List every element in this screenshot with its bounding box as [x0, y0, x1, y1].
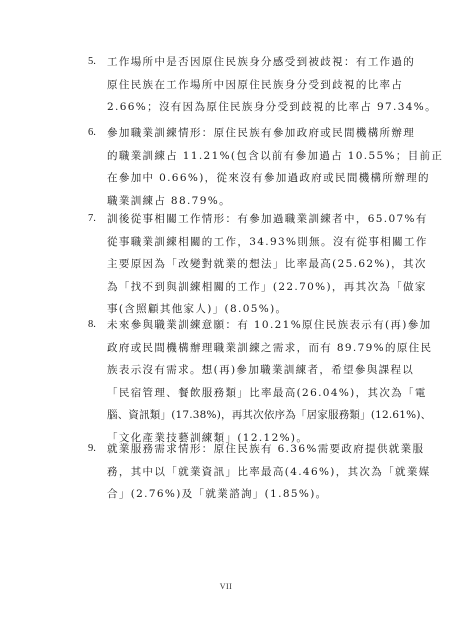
text-line: 從事職業訓練相關的工作，34.93%則無。沒有從事相關工作	[107, 231, 387, 254]
text-line: 原住民族在工作場所中因原住民族身分受到歧視的比率占	[107, 74, 387, 97]
item-body: 未來參與職業訓練意願：有 10.21%原住民族表示有(再)參加 政府或民間機構辦…	[107, 314, 387, 449]
item-body: 就業服務需求情形：原住民族有 6.36%需要政府提供就業服 務，其中以「就業資訊…	[107, 438, 387, 506]
text-line: 參加職業訓練情形：原住民族有參加政府或民間機構所辦理	[107, 122, 387, 145]
text-line: 務，其中以「就業資訊」比率最高(4.46%)，其次為「就業媒	[107, 461, 387, 484]
item-number: 8.	[88, 314, 96, 337]
text-line: 合」(2.76%)及「就業諮詢」(1.85%)。	[107, 483, 387, 506]
item-number: 9.	[88, 438, 96, 461]
text-line: 工作場所中是否因原住民族身分感受到被歧視：有工作過的	[107, 51, 387, 74]
text-line: 2.66%；沒有因為原住民族身分受到歧視的比率占 97.34%。	[107, 96, 387, 119]
text-line: 族表示沒有需求。想(再)參加職業訓練者，希望參與課程以	[107, 359, 387, 382]
text-line: 就業服務需求情形：原住民族有 6.36%需要政府提供就業服	[107, 438, 387, 461]
document-page: 5. 工作場所中是否因原住民族身分感受到被歧視：有工作過的 原住民族在工作場所中…	[0, 0, 452, 640]
text-line: 為「找不到與訓練相關的工作」(22.70%)，再其次為「做家	[107, 276, 387, 299]
text-line: 主要原因為「改變對就業的想法」比率最高(25.62%)，其次	[107, 253, 387, 276]
item-body: 訓後從事相關工作情形：有參加過職業訓練者中，65.07%有 從事職業訓練相關的工…	[107, 208, 387, 321]
text-line: 「民宿管理、餐飲服務類」比率最高(26.04%)，其次為「電	[107, 382, 387, 405]
item-number: 5.	[88, 51, 96, 74]
text-line: 訓後從事相關工作情形：有參加過職業訓練者中，65.07%有	[107, 208, 387, 231]
text-line: 腦、資訊類」(17.38%)，再其次依序為「居家服務類」(12.61%)、	[107, 404, 387, 427]
text-line: 未來參與職業訓練意願：有 10.21%原住民族表示有(再)參加	[107, 314, 387, 337]
item-body: 參加職業訓練情形：原住民族有參加政府或民間機構所辦理 的職業訓練占 11.21%…	[107, 122, 387, 212]
text-line: 的職業訓練占 11.21%(包含以前有參加過占 10.55%；目前正	[107, 145, 387, 168]
text-line: 在參加中 0.66%)，從來沒有參加過政府或民間機構所辦理的	[107, 167, 387, 190]
item-body: 工作場所中是否因原住民族身分感受到被歧視：有工作過的 原住民族在工作場所中因原住…	[107, 51, 387, 119]
text-line: 政府或民間機構辦理職業訓練之需求，而有 89.79%的原住民	[107, 337, 387, 360]
page-number: VII	[0, 582, 452, 591]
item-number: 6.	[88, 122, 96, 145]
item-number: 7.	[88, 208, 96, 231]
